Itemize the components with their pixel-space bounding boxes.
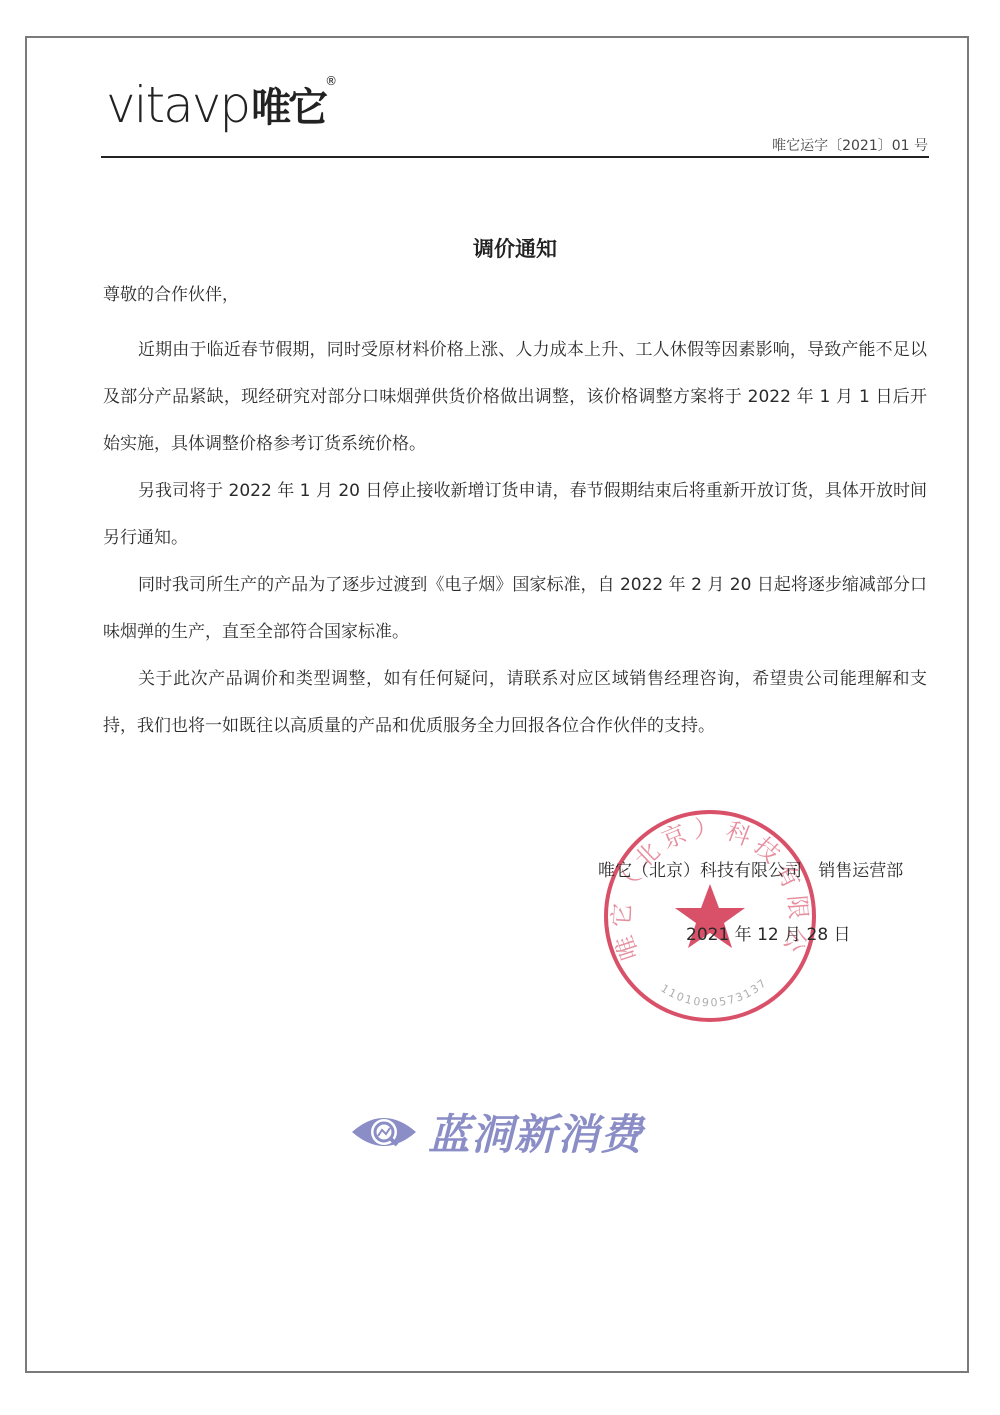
paragraph-1: 近期由于临近春节假期，同时受原材料价格上涨、人力成本上升、工人休假等因素影响，导… [103,327,927,468]
svg-text:1101090573137: 1101090573137 [658,976,770,1010]
signature-line: 唯它（北京）科技有限公司 销售运营部 [598,856,903,881]
company-logo: vitavp 唯它 ® [106,74,325,130]
logo-latin-text: vitavp [106,80,249,130]
signature-department: 销售运营部 [818,861,903,881]
signature-company: 唯它（北京）科技有限公司 [598,861,802,881]
registered-mark: ® [325,74,337,88]
eye-magnifier-icon [350,1110,418,1154]
header-divider [101,156,929,158]
company-seal-icon: 唯它（北京）科技有限公司 1101090573137 [600,806,820,1026]
notice-title: 调价通知 [0,233,1000,263]
paragraph-2: 另我司将于 2022 年 1 月 20 日停止接收新增订货申请，春节假期结束后将… [103,468,927,562]
document-number: 唯它运字〔2021〕01 号 [772,135,928,155]
salutation: 尊敬的合作伙伴， [103,281,927,309]
watermark-text: 蓝洞新消费 [428,1102,643,1162]
watermark: 蓝洞新消费 [350,1102,643,1162]
paragraph-3: 同时我司所生产的产品为了逐步过渡到《电子烟》国家标准，自 2022 年 2 月 … [103,562,927,656]
paragraph-4: 关于此次产品调价和类型调整，如有任何疑问，请联系对应区域销售经理咨询，希望贵公司… [103,656,927,750]
signature-date: 2021 年 12 月 28 日 [686,920,851,945]
letter-body: 尊敬的合作伙伴， 近期由于临近春节假期，同时受原材料价格上涨、人力成本上升、工人… [103,281,927,750]
logo-chinese-text: 唯它 [251,86,325,130]
